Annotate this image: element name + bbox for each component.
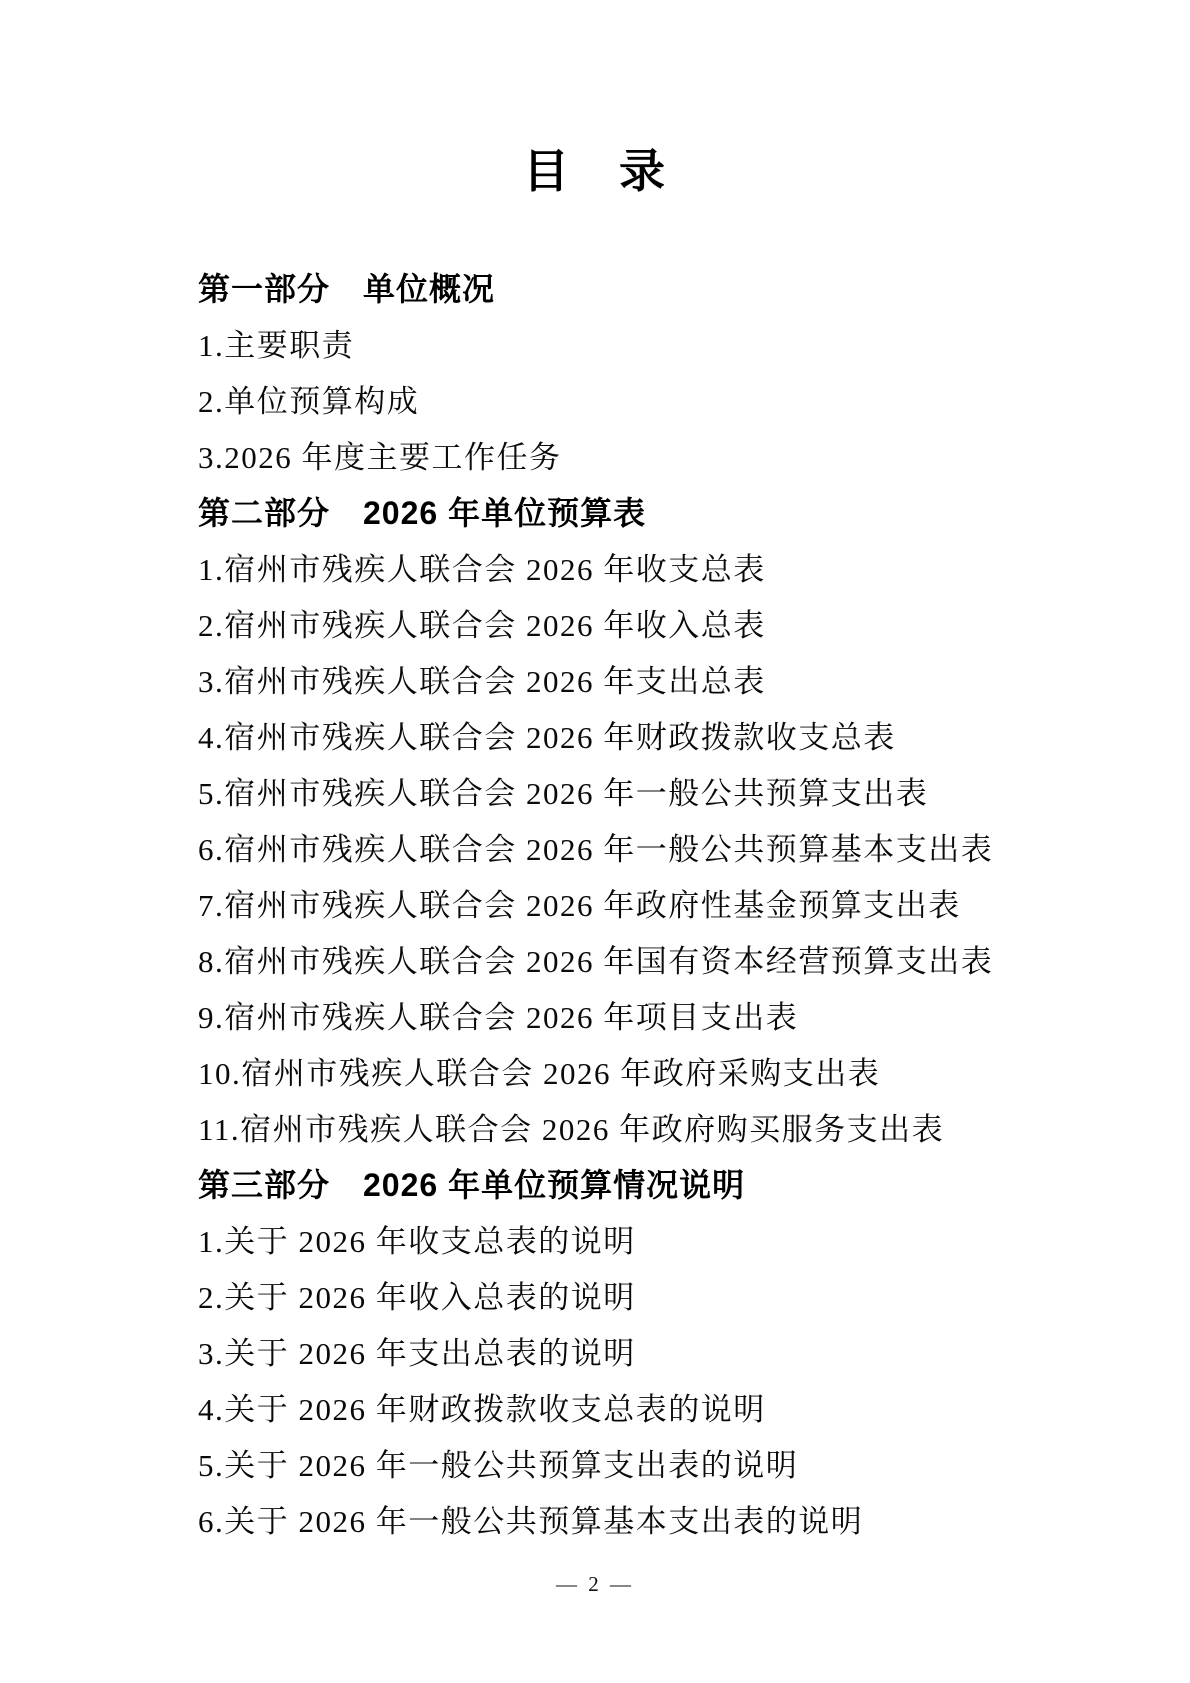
toc-item: 9.宿州市残疾人联合会 2026 年项目支出表: [198, 987, 1050, 1043]
toc-section-3: 第三部分 2026 年单位预算情况说明 1.关于 2026 年收支总表的说明 2…: [198, 1155, 1050, 1547]
toc-item: 8.宿州市残疾人联合会 2026 年国有资本经营预算支出表: [198, 931, 1050, 987]
toc-item: 7.宿州市残疾人联合会 2026 年政府性基金预算支出表: [198, 875, 1050, 931]
toc-item: 1.宿州市残疾人联合会 2026 年收支总表: [198, 539, 1050, 595]
toc-item: 1.主要职责: [198, 315, 1050, 371]
toc-item: 1.关于 2026 年收支总表的说明: [198, 1211, 1050, 1267]
toc-section-heading-2: 第二部分 2026 年单位预算表: [198, 483, 1050, 539]
toc-item: 2.宿州市残疾人联合会 2026 年收入总表: [198, 595, 1050, 651]
toc-section-2: 第二部分 2026 年单位预算表 1.宿州市残疾人联合会 2026 年收支总表 …: [198, 483, 1050, 1155]
toc-item: 5.关于 2026 年一般公共预算支出表的说明: [198, 1435, 1050, 1491]
toc-item: 3.2026 年度主要工作任务: [198, 427, 1050, 483]
toc-section-1: 第一部分 单位概况 1.主要职责 2.单位预算构成 3.2026 年度主要工作任…: [198, 259, 1050, 483]
toc-item: 2.关于 2026 年收入总表的说明: [198, 1267, 1050, 1323]
toc-item: 3.宿州市残疾人联合会 2026 年支出总表: [198, 651, 1050, 707]
toc-item: 3.关于 2026 年支出总表的说明: [198, 1323, 1050, 1379]
page-number: — 2 —: [0, 1572, 1190, 1597]
document-page: 目 录 第一部分 单位概况 1.主要职责 2.单位预算构成 3.2026 年度主…: [0, 0, 1190, 1683]
toc-item: 4.关于 2026 年财政拨款收支总表的说明: [198, 1379, 1050, 1435]
toc-item: 2.单位预算构成: [198, 371, 1050, 427]
page-title: 目 录: [0, 0, 1190, 197]
toc-item: 10.宿州市残疾人联合会 2026 年政府采购支出表: [198, 1043, 1050, 1099]
toc-item: 5.宿州市残疾人联合会 2026 年一般公共预算支出表: [198, 763, 1050, 819]
toc: 第一部分 单位概况 1.主要职责 2.单位预算构成 3.2026 年度主要工作任…: [0, 259, 1190, 1547]
toc-section-heading-1: 第一部分 单位概况: [198, 259, 1050, 315]
toc-item: 4.宿州市残疾人联合会 2026 年财政拨款收支总表: [198, 707, 1050, 763]
toc-item: 6.宿州市残疾人联合会 2026 年一般公共预算基本支出表: [198, 819, 1050, 875]
toc-item: 11.宿州市残疾人联合会 2026 年政府购买服务支出表: [198, 1099, 1050, 1155]
toc-item: 6.关于 2026 年一般公共预算基本支出表的说明: [198, 1491, 1050, 1547]
toc-section-heading-3: 第三部分 2026 年单位预算情况说明: [198, 1155, 1050, 1211]
